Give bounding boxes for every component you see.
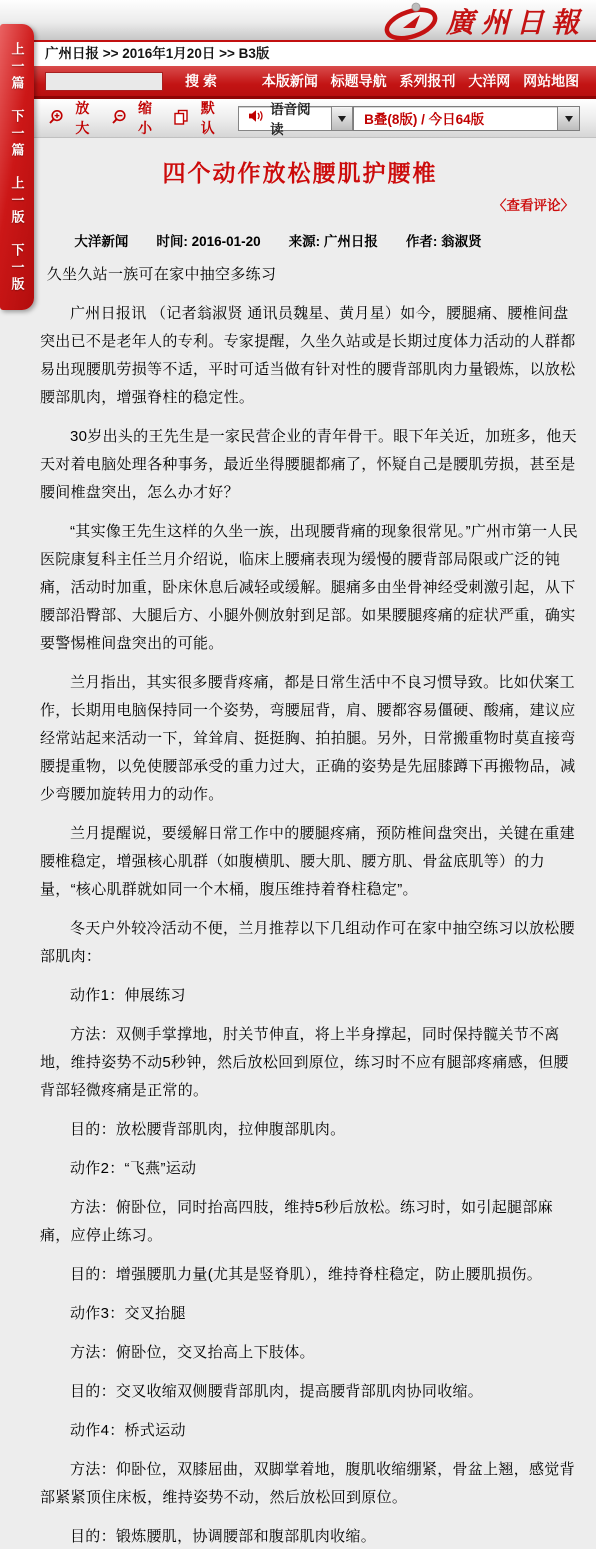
site-header: 廣州日報 [0, 0, 596, 40]
action-3-purpose: 目的：交叉收缩双侧腰背部肌肉，提高腰背部肌肉协同收缩。 [40, 1378, 580, 1406]
action-1-method: 方法：双侧手掌撑地，肘关节伸直，将上半身撑起，同时保持髋关节不离地，维持姿势不动… [40, 1021, 580, 1105]
voice-reading-widget: 语音阅读 [238, 106, 353, 131]
edition-dropdown-button[interactable] [557, 107, 579, 130]
chevron-down-icon [338, 116, 346, 126]
nav-link-series-papers[interactable]: 系列报刊 [399, 71, 455, 91]
action-3-heading: 动作3：交叉抬腿 [40, 1300, 580, 1328]
view-comments-link[interactable]: 〈查看评论〉 [493, 198, 574, 213]
action-1-purpose: 目的：放松腰背部肌肉，拉伸腹部肌肉。 [40, 1116, 580, 1144]
zoom-in-label: 放大 [69, 98, 96, 138]
newspaper-logo: 廣州日報 [382, 2, 586, 45]
nav-link-headline-nav[interactable]: 标题导航 [331, 71, 387, 91]
article-paragraph: 广州日报讯 （记者翁淑贤 通讯员魏星、黄月星）如今，腰腿痛、腰椎间盘突出已不是老… [40, 300, 580, 412]
speaker-icon [248, 109, 264, 128]
logo-swoosh-icon [382, 2, 440, 45]
magnifier-plus-icon [48, 109, 64, 128]
action-3-method: 方法：俯卧位，交叉抬高上下肢体。 [40, 1339, 580, 1367]
edition-select-value: B叠(8版) / 今日64版 [354, 108, 557, 128]
comments-row: 〈查看评论〉 [40, 194, 580, 215]
article: 四个动作放松腰肌护腰椎 〈查看评论〉 大洋新闻 时间: 2016-01-20 来… [33, 155, 596, 1549]
search-input[interactable] [45, 72, 163, 91]
voice-reading-label: 语音阅读 [270, 98, 322, 138]
default-size-button[interactable]: 默认 [173, 98, 221, 138]
search-button[interactable]: 搜索 [185, 71, 221, 91]
article-paragraph: 兰月提醒说，要缓解日常工作中的腰腿疼痛，预防椎间盘突出，关键在重建腰椎稳定，增强… [40, 820, 580, 904]
action-1-heading: 动作1：伸展练习 [40, 982, 580, 1010]
logo-wordmark: 廣州日報 [446, 5, 586, 43]
zoom-out-label: 缩小 [132, 98, 159, 138]
article-paragraph: 冬天户外较冷活动不便，兰月推荐以下几组动作可在家中抽空练习以放松腰部肌肉： [40, 915, 580, 971]
voice-dropdown-button[interactable] [331, 107, 352, 130]
zoom-in-button[interactable]: 放大 [48, 98, 96, 138]
meta-author: 作者: 翁淑贤 [406, 230, 482, 250]
action-2-purpose: 目的：增强腰肌力量(尤其是竖脊肌），维持脊柱稳定，防止腰肌损伤。 [40, 1261, 580, 1289]
meta-origin: 来源: 广州日报 [289, 230, 378, 250]
article-meta: 大洋新闻 时间: 2016-01-20 来源: 广州日报 作者: 翁淑贤 [40, 230, 580, 250]
article-title: 四个动作放松腰肌护腰椎 [40, 155, 560, 188]
action-2-method: 方法：俯卧位，同时抬高四肢，维持5秒后放松。练习时，如引起腿部麻痛，应停止练习。 [40, 1194, 580, 1250]
nav-links: 本版新闻 标题导航 系列报刊 大洋网 网站地图 [249, 71, 596, 91]
prev-page-link[interactable]: 上一版 [8, 176, 27, 227]
action-4-purpose: 目的：锻炼腰肌，协调腰部和腹部肌肉收缩。 [40, 1523, 580, 1549]
action-4-heading: 动作4：桥式运动 [40, 1417, 580, 1445]
nav-link-section-news[interactable]: 本版新闻 [262, 71, 318, 91]
prev-article-link[interactable]: 上一篇 [8, 42, 27, 93]
meta-source-site: 大洋新闻 [74, 230, 128, 250]
article-paragraph: 兰月指出，其实很多腰背疼痛，都是日常生活中不良习惯导致。比如伏案工作，长期用电脑… [40, 669, 580, 809]
chevron-down-icon [565, 116, 573, 126]
article-paragraph: 30岁出头的王先生是一家民营企业的青年骨干。眼下年关近，加班多，他天天对着电脑处… [40, 423, 580, 507]
nav-link-dayoo[interactable]: 大洋网 [468, 71, 510, 91]
zoom-out-button[interactable]: 缩小 [111, 98, 159, 138]
default-size-label: 默认 [194, 98, 221, 138]
nav-link-sitemap[interactable]: 网站地图 [523, 71, 579, 91]
toolbar: 放大 缩小 默认 [33, 99, 596, 138]
nav-bar: 搜索 本版新闻 标题导航 系列报刊 大洋网 网站地图 [33, 66, 596, 96]
action-4-method: 方法：仰卧位，双膝屈曲，双脚掌着地，腹肌收缩绷紧，骨盆上翘，感觉背部紧紧顶住床板… [40, 1456, 580, 1512]
meta-time: 时间: 2016-01-20 [156, 230, 260, 250]
pages-icon [173, 109, 189, 128]
article-subtitle: 久坐久站一族可在家中抽空多练习 [40, 261, 580, 289]
article-paragraph: “其实像王先生这样的久坐一族，出现腰背痛的现象很常见。”广州市第一人民医院康复科… [40, 518, 580, 658]
next-article-link[interactable]: 下一篇 [8, 109, 27, 160]
voice-reading-button[interactable]: 语音阅读 [239, 98, 331, 138]
action-2-heading: 动作2：“飞燕”运动 [40, 1155, 580, 1183]
pager-tab: 上一篇 下一篇 上一版 下一版 [0, 24, 34, 310]
next-page-link[interactable]: 下一版 [8, 243, 27, 294]
magnifier-minus-icon [111, 109, 127, 128]
edition-select[interactable]: B叠(8版) / 今日64版 [353, 106, 580, 131]
